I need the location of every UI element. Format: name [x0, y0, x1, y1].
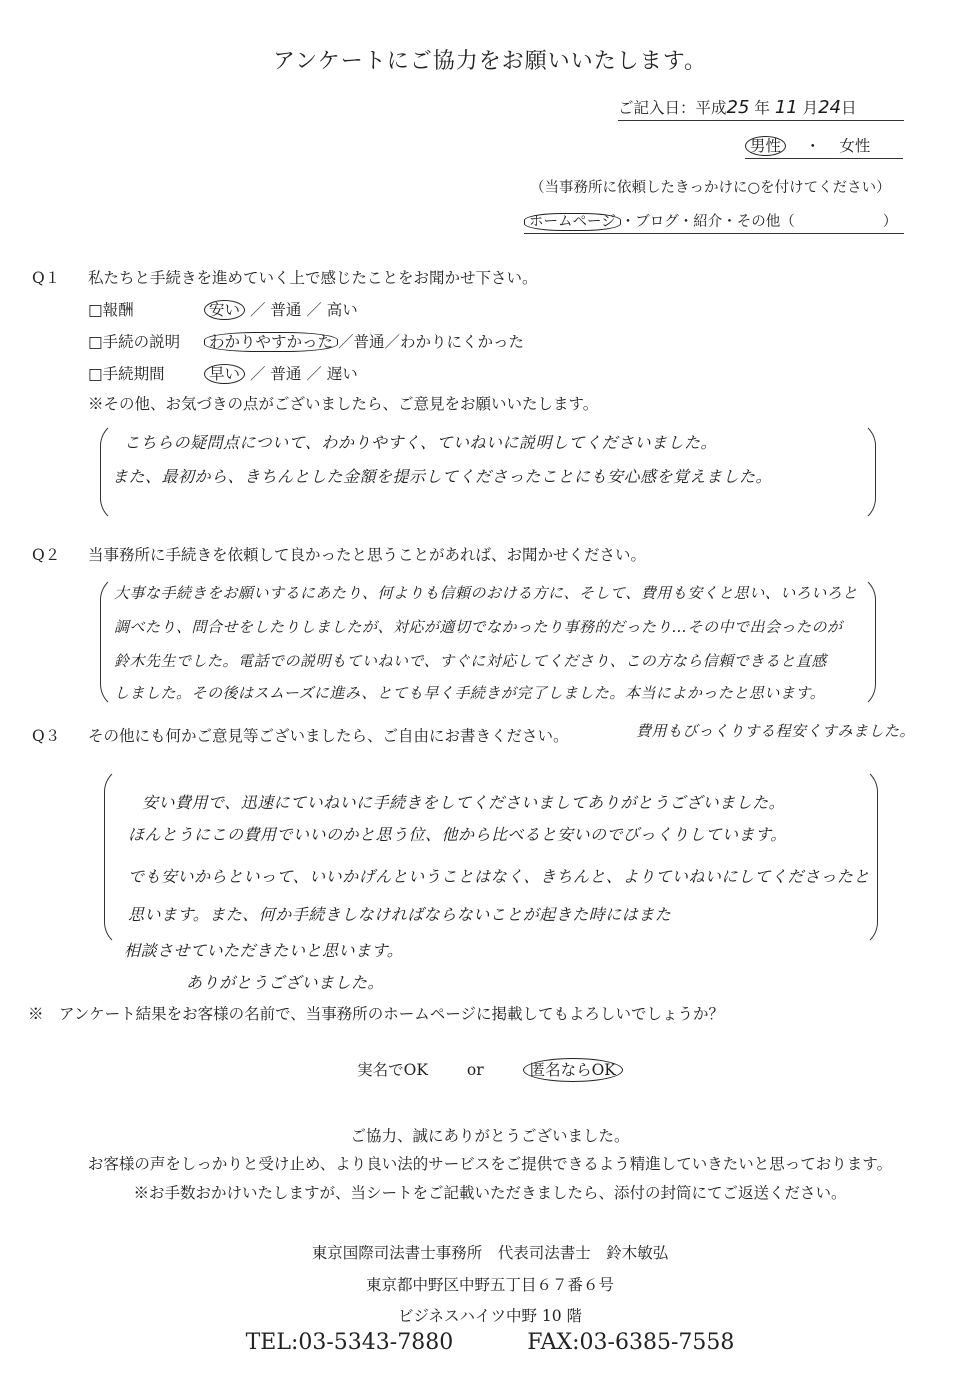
publish-question: ※ アンケート結果をお客様の名前で、当事務所のホームページに掲載してもよろしいで… [28, 1002, 724, 1024]
q3-inline-answer: 費用もびっくりする程安くすみました。 [636, 720, 915, 741]
closing-return-note: ※お手数おかけいたしますが、当シートをご記載いただきましたら、添付の封筒にてご返… [0, 1181, 980, 1203]
q1-question: 私たちと手続きを進めていく上で感じたことをお聞かせ下さい。 [88, 266, 538, 288]
q3-answer-line-4: 思います。また、何か手続きしなければならないことが起きた時にはまた [128, 902, 671, 925]
trigger-field: ホームページ・ブログ・紹介・その他（） [524, 210, 904, 234]
q2-answer-line-4: しました。その後はスムーズに進み、とても早く手続きが完了しました。本当によかった… [114, 682, 825, 703]
q1-row-explanation-options: わかりやすかった／普通／わかりにくかった [204, 330, 524, 352]
q3-answer-line-3: でも安いからといって、いいかげんということはなく、きちんと、よりていねいにしてく… [128, 864, 870, 887]
q1-answer-line-2: また、最初から、きちんとした金額を提示してくださったことにも安心感を覚えました。 [112, 464, 772, 487]
publish-or: or [467, 1061, 484, 1079]
trigger-close-paren: ） [883, 214, 898, 230]
q1-answer-line-1: こちらの疑問点について、わかりやすく、ていねいに説明してくださいました。 [124, 430, 717, 453]
trigger-option-homepage[interactable]: ホームページ [524, 213, 621, 231]
q3-answer-line-5: 相談させていただきたいと思います。 [124, 938, 403, 961]
q1-row-explanation-label[interactable]: □手続の説明 [88, 330, 180, 352]
date-day-unit: 日 [841, 99, 857, 117]
footer-address-2: ビジネスハイツ中野 10 階 [0, 1304, 980, 1326]
date-year: 25 [727, 97, 750, 118]
trigger-instruction: （当事務所に依頼したきっかけに○を付けてください） [530, 176, 891, 197]
date-month-unit: 月 [803, 99, 819, 117]
footer-tel: TEL:03-5343-7880 [246, 1330, 454, 1355]
date-field: ご記入日：平成25 年 11 月24日 [618, 96, 904, 121]
q2-answer-line-3: 鈴木先生でした。電話での説明もていねいで、すぐに対応してくださり、この方なら信頼… [114, 650, 827, 671]
q1-explanation-selected[interactable]: わかりやすかった [204, 332, 338, 352]
date-day: 24 [818, 97, 841, 118]
gender-field: 男性 ・ 女性 [745, 134, 903, 159]
q1-row-fee-options: 安い ／ 普通 ／ 高い [204, 298, 358, 320]
gender-option-female[interactable]: 女性 [839, 137, 870, 155]
q3-number: Q３ [32, 724, 60, 746]
trigger-option-others[interactable]: ・ブログ・紹介・その他（ [621, 214, 795, 230]
q2-number: Q２ [32, 543, 60, 565]
q1-row-period-options: 早い ／ 普通 ／ 遅い [204, 362, 358, 384]
q1-number: Q１ [32, 266, 60, 288]
publish-option-real-name[interactable]: 実名でOK [357, 1061, 428, 1079]
q1-row-fee-label[interactable]: □報酬 [88, 298, 134, 320]
q2-question: 当事務所に手続きを依頼して良かったと思うことがあれば、お聞かせください。 [88, 543, 646, 565]
q3-answer-line-1: 安い費用で、迅速にていねいに手続きをしてくださいましてありがとうございました。 [142, 790, 785, 813]
q1-period-selected[interactable]: 早い [204, 364, 245, 384]
gender-option-male[interactable]: 男性 [745, 136, 786, 156]
q1-period-other-options[interactable]: ／ 普通 ／ 遅い [250, 365, 358, 383]
q3-answer-line-2: ほんとうにこの費用でいいのかと思う位、他から比べると安いのでびっくりしています。 [128, 822, 787, 845]
closing-thanks: ご協力、誠にありがとうございました。 [0, 1124, 980, 1146]
q1-row-period-label[interactable]: □手続期間 [88, 362, 165, 384]
q3-question: その他にも何かご意見等ございましたら、ご自由にお書きください。 [88, 724, 569, 746]
q1-fee-other-options[interactable]: ／ 普通 ／ 高い [250, 301, 358, 319]
q2-answer-line-1: 大事な手続きをお願いするにあたり、何よりも信頼のおける方に、そして、費用も安くと… [114, 582, 858, 603]
footer-fax: FAX:03-6385-7558 [527, 1330, 734, 1355]
q1-note: ※その他、お気づきの点がございましたら、ご意見をお願いいたします。 [88, 392, 598, 414]
q2-answer-line-2: 調べたり、問合せをしたりしましたが、対応が適切でなかったり事務的だったり…その中… [114, 616, 843, 637]
date-month: 11 [775, 97, 798, 118]
q1-explanation-other-options[interactable]: ／普通／わかりにくかった [338, 333, 524, 351]
date-year-unit: 年 [754, 99, 770, 117]
publish-options: 実名でOK or 匿名ならOK [0, 1058, 980, 1080]
footer-address-1: 東京都中野区中野五丁目６７番６号 [0, 1273, 980, 1295]
date-label: ご記入日：平成 [618, 99, 727, 117]
gender-separator: ・ [805, 137, 821, 155]
survey-title: アンケートにご協力をお願いいたします。 [0, 44, 980, 75]
footer-contact: TEL:03-5343-7880 FAX:03-6385-7558 [0, 1330, 980, 1355]
footer-office: 東京国際司法書士事務所 代表司法書士 鈴木敏弘 [0, 1241, 980, 1263]
publish-option-anonymous[interactable]: 匿名ならOK [523, 1058, 623, 1082]
closing-message: お客様の声をしっかりと受け止め、より良い法的サービスをご提供できるよう精進してい… [0, 1152, 980, 1174]
q1-fee-selected[interactable]: 安い [204, 300, 245, 320]
q3-answer-line-6: ありがとうございました。 [186, 970, 384, 993]
